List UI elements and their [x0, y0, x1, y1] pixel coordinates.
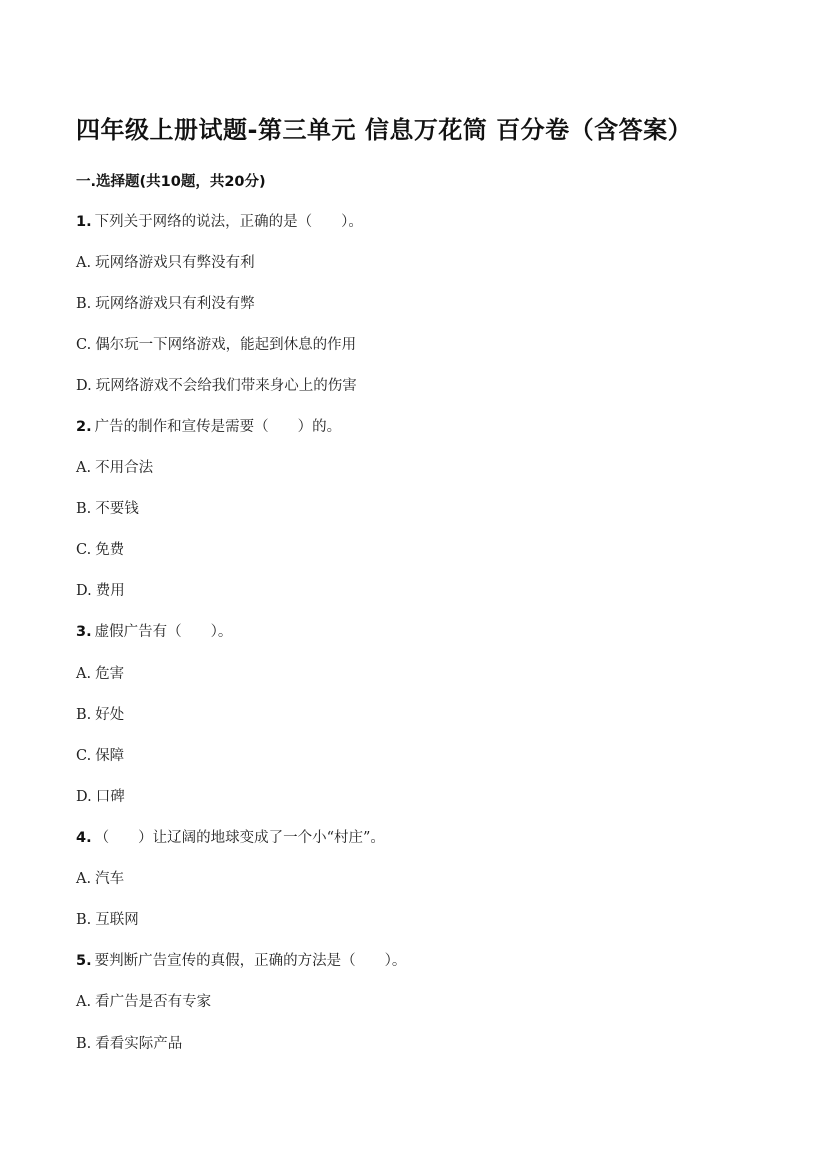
question-3-option-b: B.好处	[76, 704, 124, 726]
option-text: 费用	[96, 583, 125, 599]
option-letter: B.	[76, 296, 91, 312]
question-2-option-a: A.不用合法	[76, 457, 153, 479]
option-letter: B.	[76, 912, 91, 928]
question-1-option-a: A.玩网络游戏只有弊没有利	[76, 252, 255, 274]
option-letter: C.	[76, 748, 91, 764]
option-text: 危害	[95, 666, 124, 682]
option-letter: B.	[76, 1036, 91, 1052]
question-2-option-d: D.费用	[76, 580, 125, 602]
question-number: 2.	[76, 419, 92, 435]
question-2-stem: 2.广告的制作和宣传是需要（ ）的。	[76, 416, 341, 438]
question-5-option-b: B.看看实际产品	[76, 1033, 182, 1055]
option-text: 偶尔玩一下网络游戏，能起到休息的作用	[95, 337, 356, 353]
option-text: 口碑	[96, 789, 125, 805]
option-letter: C.	[76, 542, 91, 558]
question-2-option-c: C.免费	[76, 539, 124, 561]
option-letter: A.	[76, 994, 91, 1010]
question-3-option-a: A.危害	[76, 663, 124, 685]
option-letter: A.	[76, 460, 91, 476]
option-text: 好处	[95, 707, 124, 723]
question-3-option-c: C.保障	[76, 745, 124, 767]
option-letter: B.	[76, 501, 91, 517]
option-text: 保障	[95, 748, 124, 764]
question-1-stem: 1.下列关于网络的说法，正确的是（ ）。	[76, 211, 363, 233]
section-heading: 一.选择题(共10题，共20分)	[76, 171, 266, 193]
option-text: 汽车	[95, 871, 124, 887]
option-text: 看广告是否有专家	[95, 994, 211, 1010]
question-5-option-a: A.看广告是否有专家	[76, 991, 211, 1013]
option-letter: C.	[76, 337, 91, 353]
option-letter: D.	[76, 789, 92, 805]
question-2-option-b: B.不要钱	[76, 498, 139, 520]
question-text: 广告的制作和宣传是需要（ ）的。	[95, 419, 342, 435]
option-text: 看看实际产品	[95, 1036, 182, 1052]
option-text: 玩网络游戏只有弊没有利	[95, 255, 255, 271]
option-text: 玩网络游戏不会给我们带来身心上的伤害	[96, 378, 357, 394]
option-letter: D.	[76, 583, 92, 599]
question-text: 要判断广告宣传的真假，正确的方法是（ ）。	[95, 953, 407, 969]
question-4-stem: 4.（ ）让辽阔的地球变成了一个小“村庄”。	[76, 827, 385, 849]
option-text: 玩网络游戏只有利没有弊	[95, 296, 255, 312]
question-text: （ ）让辽阔的地球变成了一个小“村庄”。	[95, 830, 385, 846]
option-letter: B.	[76, 707, 91, 723]
question-number: 3.	[76, 624, 92, 640]
question-5-stem: 5.要判断广告宣传的真假，正确的方法是（ ）。	[76, 950, 406, 972]
option-text: 免费	[95, 542, 124, 558]
question-number: 4.	[76, 830, 92, 846]
option-letter: A.	[76, 666, 91, 682]
question-4-option-a: A.汽车	[76, 868, 124, 890]
question-1-option-d: D.玩网络游戏不会给我们带来身心上的伤害	[76, 375, 357, 397]
question-text: 虚假广告有（ ）。	[95, 624, 233, 640]
question-3-option-d: D.口碑	[76, 786, 125, 808]
question-4-option-b: B.互联网	[76, 909, 139, 931]
question-1-option-b: B.玩网络游戏只有利没有弊	[76, 293, 255, 315]
question-number: 1.	[76, 214, 92, 230]
option-letter: A.	[76, 255, 91, 271]
option-text: 互联网	[95, 912, 139, 928]
question-number: 5.	[76, 953, 92, 969]
option-letter: D.	[76, 378, 92, 394]
option-letter: A.	[76, 871, 91, 887]
question-1-option-c: C.偶尔玩一下网络游戏，能起到休息的作用	[76, 334, 356, 356]
option-text: 不用合法	[95, 460, 153, 476]
question-text: 下列关于网络的说法，正确的是（ ）。	[95, 214, 363, 230]
option-text: 不要钱	[95, 501, 139, 517]
document-page: 四年级上册试题-第三单元 信息万花筒 百分卷（含答案） 一.选择题(共10题，共…	[0, 0, 826, 1169]
document-title: 四年级上册试题-第三单元 信息万花筒 百分卷（含答案）	[76, 113, 692, 147]
question-3-stem: 3.虚假广告有（ ）。	[76, 621, 232, 643]
